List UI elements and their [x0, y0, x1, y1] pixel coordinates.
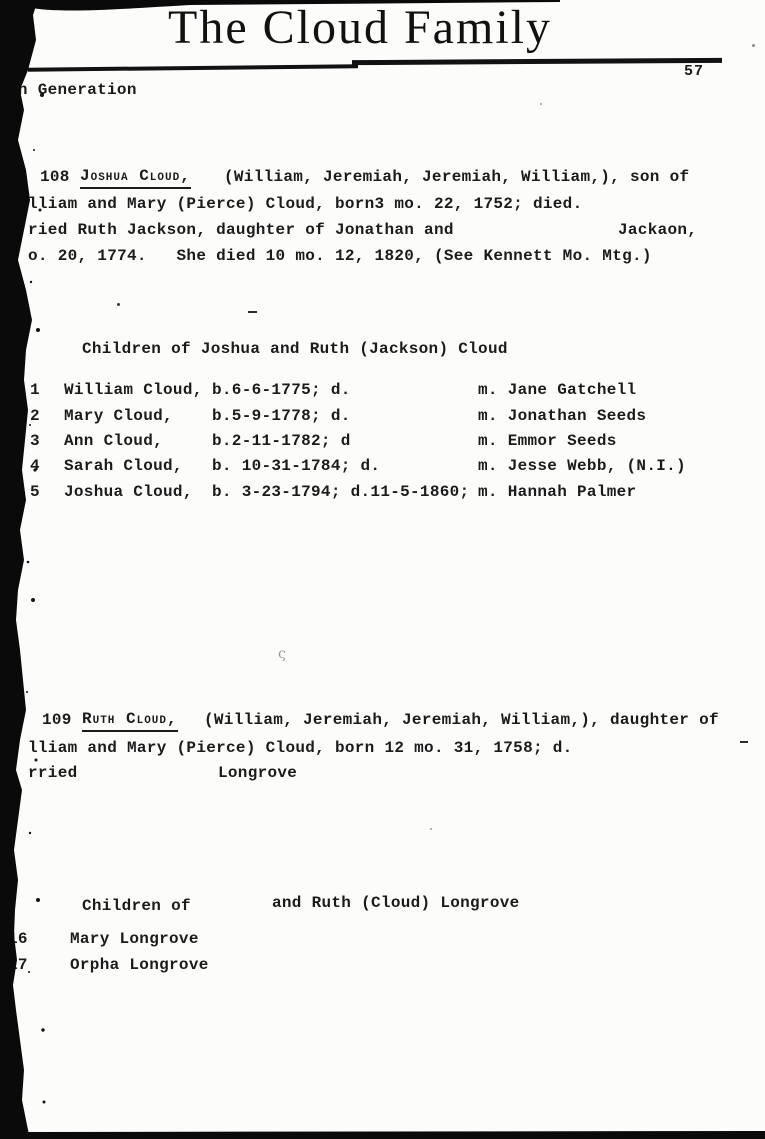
scan-speck [752, 44, 755, 47]
child-row-name: William Cloud, [64, 380, 203, 400]
child-row-birth: b. 3-23-1794; d.11-5-1860; [212, 482, 469, 502]
entry-109-lineage: (William, Jeremiah, Jeremiah, William,),… [204, 710, 719, 730]
child-row-number: 5 [30, 482, 40, 502]
child-row-name: Mary Longrove [70, 929, 199, 949]
children-109-heading-left: Children of [82, 896, 191, 916]
scanned-genealogy-page: The Cloud Family 57 th Generation 108 Jo… [0, 0, 765, 1139]
generation-heading: th Generation [8, 80, 137, 100]
scan-speck [740, 741, 748, 743]
page-number: 57 [684, 63, 704, 80]
child-row-marriage: m. Emmor Seeds [478, 431, 617, 451]
entry-108-name: Joshua Cloud, [80, 166, 191, 189]
entry-109-line2: lliam and Mary (Pierce) Cloud, born 12 m… [28, 738, 573, 758]
title-rule-right [352, 58, 722, 65]
child-row-name: Orpha Longrove [70, 955, 209, 975]
child-row-birth: b.2-11-1782; d [212, 431, 351, 451]
children-109-heading-right: and Ruth (Cloud) Longrove [272, 893, 520, 913]
entry-109-number: 109 [42, 710, 72, 730]
child-row-number: 2 [30, 406, 40, 426]
child-row-marriage: m. Jane Gatchell [478, 380, 636, 400]
title-rule-left [28, 64, 358, 71]
child-row-name: Ann Cloud, [64, 431, 163, 451]
child-row-number: 16 [8, 929, 28, 949]
scan-speck [430, 828, 432, 830]
child-row-marriage: m. Jesse Webb, (N.I.) [478, 456, 686, 476]
scan-speck [248, 311, 257, 313]
child-row-name: Sarah Cloud, [64, 456, 183, 476]
child-row-marriage: m. Jonathan Seeds [478, 406, 646, 426]
entry-109-line3-surname: Longrove [218, 763, 297, 783]
page-title: The Cloud Family [130, 0, 590, 55]
child-row-number: 1 [30, 380, 40, 400]
child-row-birth: b. 10-31-1784; d. [212, 456, 380, 476]
scan-speck: ς [278, 646, 286, 662]
child-row-number: 4 [30, 456, 40, 476]
child-row-birth: b.5-9-1778; d. [212, 406, 351, 426]
children-108-heading: Children of Joshua and Ruth (Jackson) Cl… [82, 339, 508, 359]
child-row-number: 3 [30, 431, 40, 451]
scan-speck [540, 103, 542, 105]
entry-108-line3-surname: Jackaon, [618, 220, 697, 240]
entry-108-line3: ried Ruth Jackson, daughter of Jonathan … [28, 220, 454, 240]
entry-108-number: 108 [40, 167, 70, 187]
child-row-number: 17 [8, 955, 28, 975]
child-row-birth: b.6-6-1775; d. [212, 380, 351, 400]
child-row-marriage: m. Hannah Palmer [478, 482, 636, 502]
entry-108-line4: o. 20, 1774. She died 10 mo. 12, 1820, (… [28, 246, 652, 266]
entry-108-lineage: (William, Jeremiah, Jeremiah, William,),… [224, 167, 689, 187]
scan-speck [117, 303, 120, 306]
entry-108-line2: lliam and Mary (Pierce) Cloud, born3 mo.… [28, 194, 583, 214]
child-row-name: Joshua Cloud, [64, 482, 193, 502]
child-row-name: Mary Cloud, [64, 406, 173, 426]
entry-109-line3: rried [28, 763, 78, 783]
entry-109-name: Ruth Cloud, [82, 709, 178, 732]
